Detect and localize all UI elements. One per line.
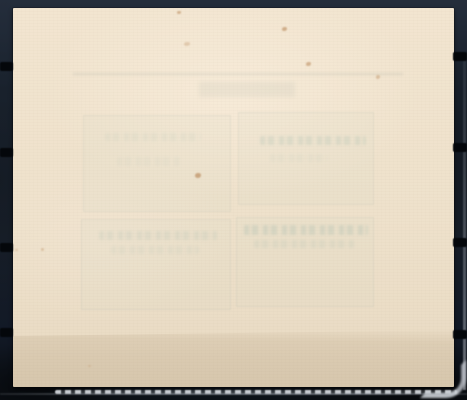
foxing-spot bbox=[282, 27, 287, 31]
ghost-text-band bbox=[244, 225, 368, 235]
foxing-spot bbox=[184, 42, 190, 46]
ghost-text-band bbox=[99, 231, 217, 240]
stamp-ghost-top-right bbox=[238, 112, 374, 205]
sleeve-corner bbox=[420, 360, 466, 398]
stamp-sheet-back bbox=[13, 8, 454, 387]
foxing-spot bbox=[306, 62, 311, 66]
stockpage-strip-mark-left bbox=[0, 62, 13, 71]
stockpage-strip-mark-right bbox=[453, 330, 467, 339]
sleeve-right-edge bbox=[463, 55, 466, 390]
ghost-text-band bbox=[105, 133, 201, 141]
ghost-text-band bbox=[270, 154, 328, 162]
stamp-ghost-bottom-right bbox=[236, 217, 374, 307]
stamp-ghost-top-left bbox=[83, 115, 231, 212]
foxing-spot bbox=[15, 249, 18, 251]
stockpage-strip-mark-left bbox=[0, 148, 13, 157]
stockpage-strip-mark-right bbox=[453, 143, 467, 152]
title-showthrough-line bbox=[73, 73, 403, 75]
foxing-spot bbox=[177, 11, 181, 14]
stockpage-strip-mark-right bbox=[453, 238, 467, 247]
ghost-text-band bbox=[117, 157, 181, 166]
stockpage-strip-mark-right bbox=[453, 52, 467, 61]
foxing-spot bbox=[41, 248, 44, 251]
ghost-text-band bbox=[254, 240, 354, 248]
title-showthrough-block bbox=[199, 82, 295, 97]
stockpage-strip-mark-left bbox=[0, 243, 13, 252]
stockpage-strip-mark-left bbox=[0, 328, 13, 337]
paper-texture bbox=[13, 8, 454, 387]
sheet-bottom-shadow bbox=[13, 329, 454, 387]
sleeve-edge-glare-faint bbox=[0, 393, 467, 395]
photo-scene bbox=[0, 0, 467, 400]
ghost-text-band bbox=[260, 136, 366, 145]
foxing-spot bbox=[376, 75, 380, 79]
ghost-text-band bbox=[111, 246, 199, 254]
stamp-ghost-bottom-left bbox=[81, 219, 231, 310]
